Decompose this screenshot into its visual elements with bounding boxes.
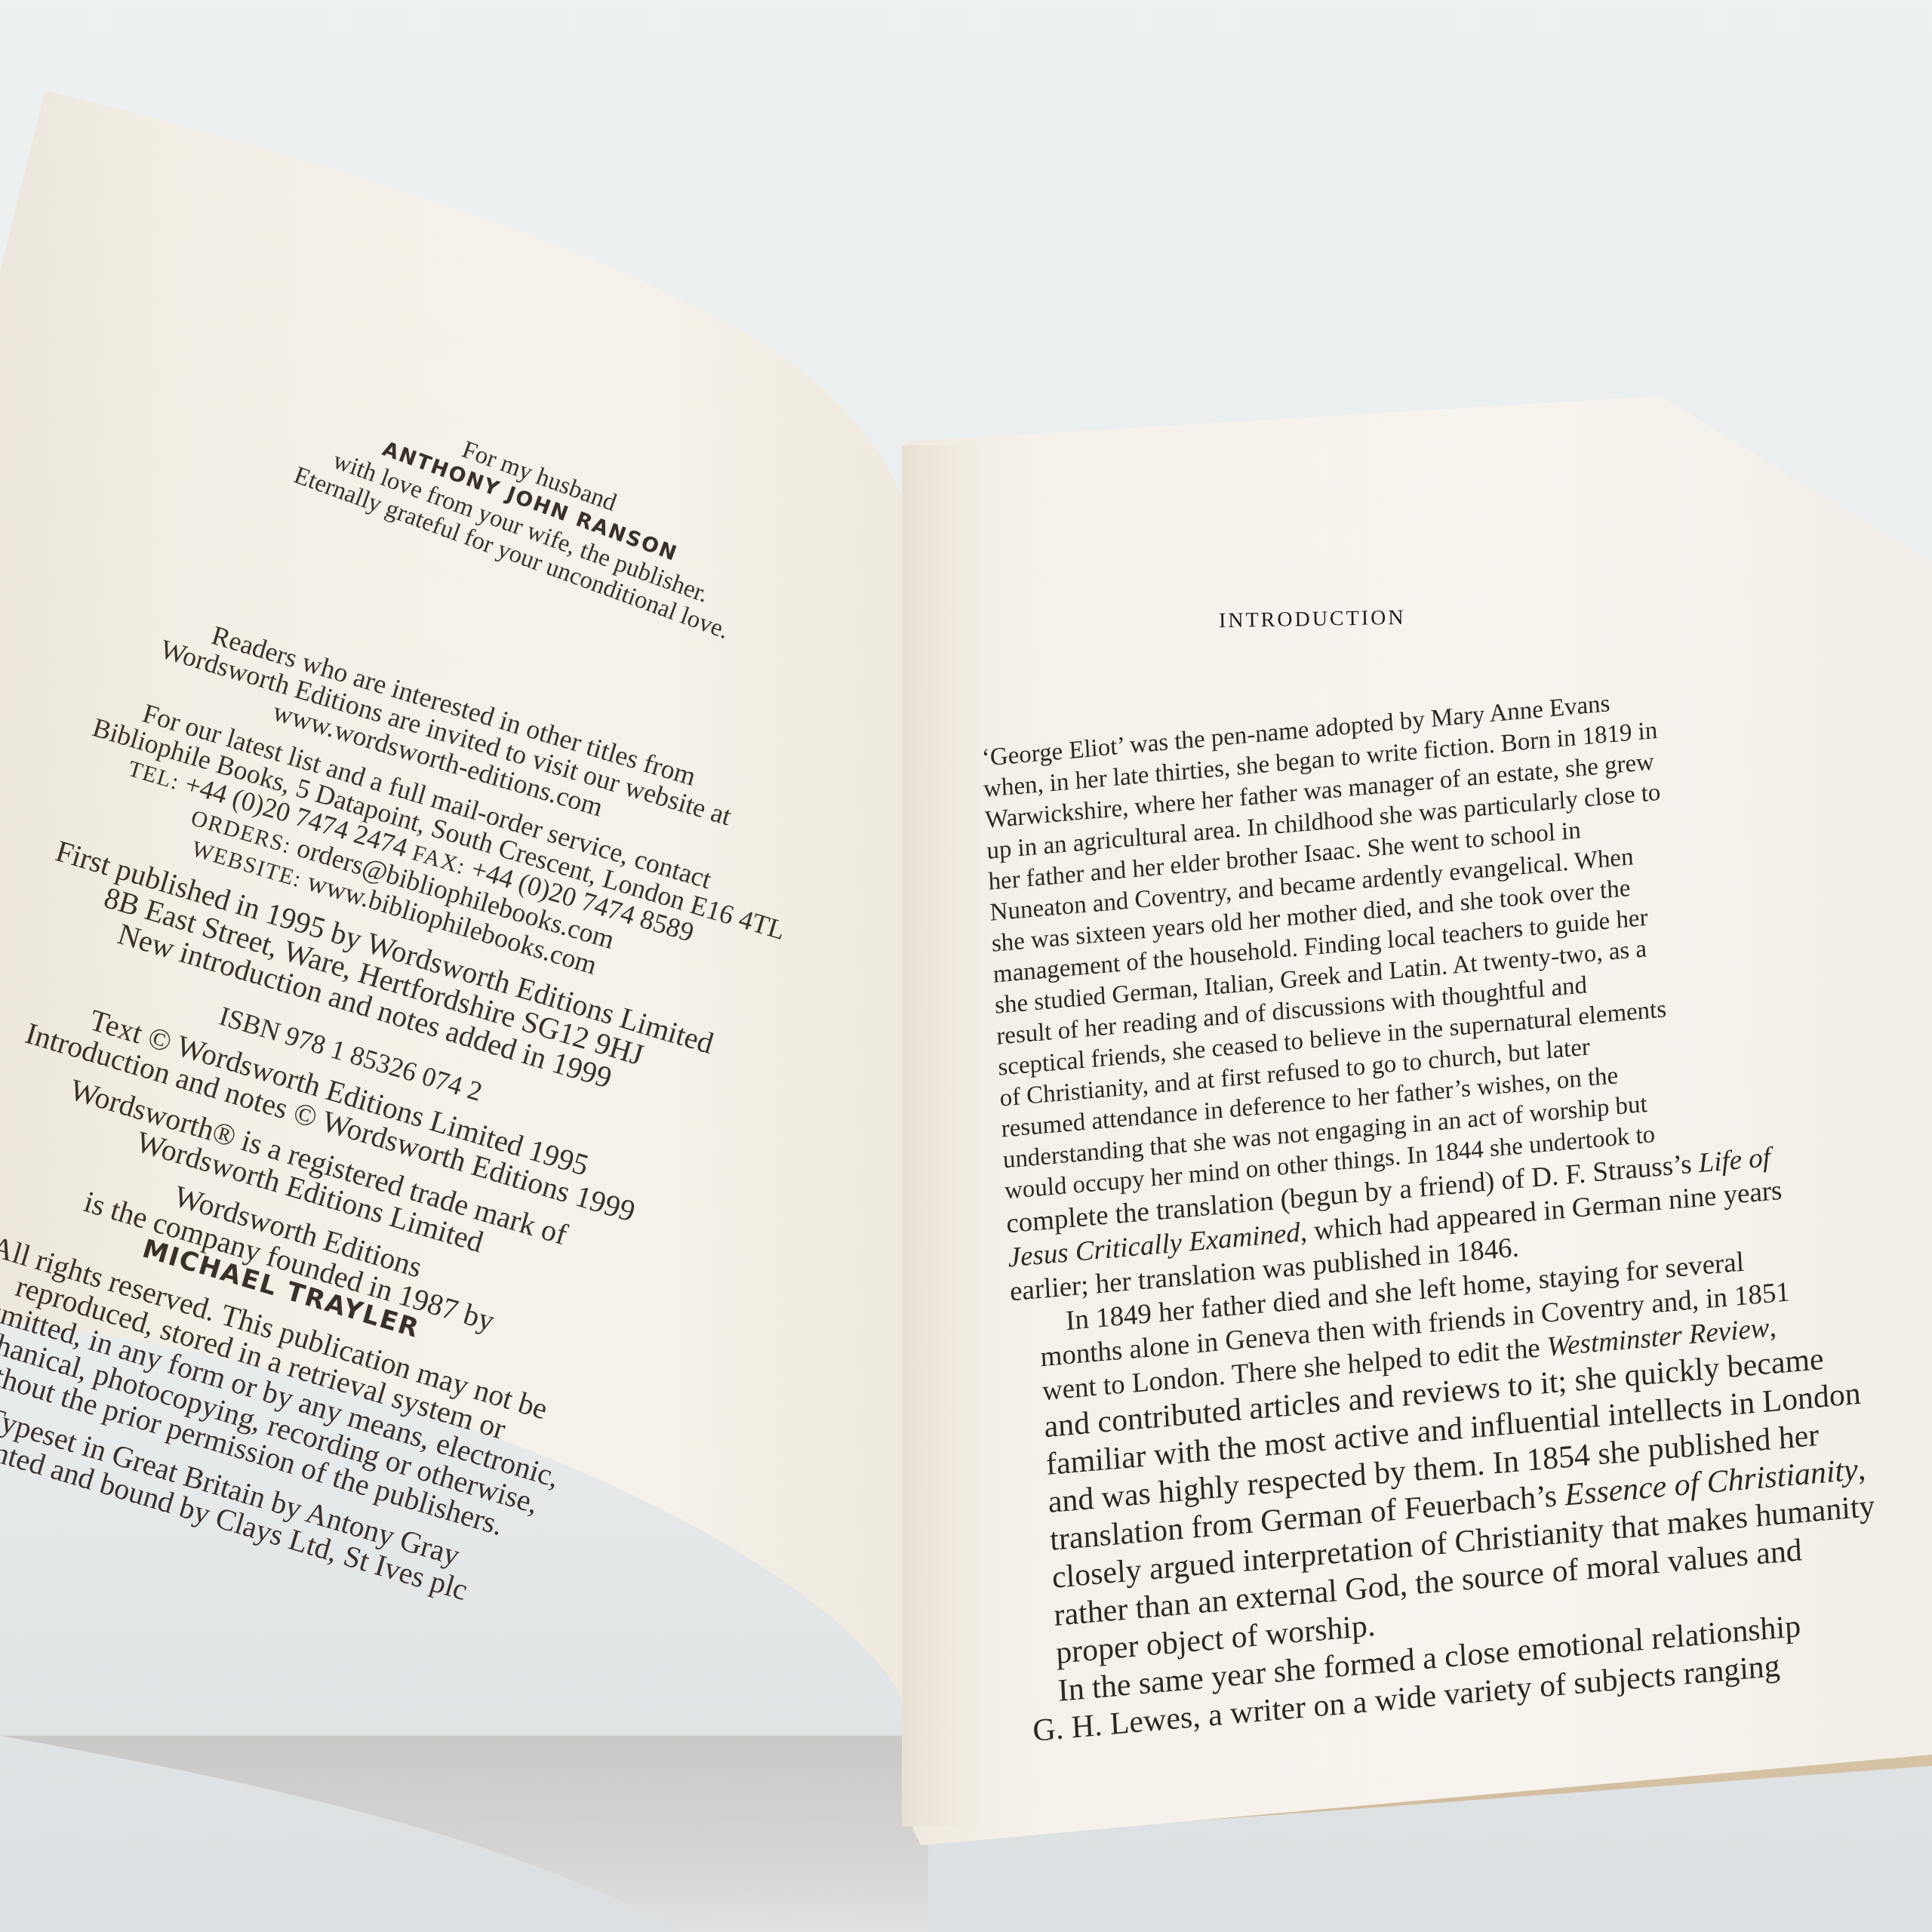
- chapter-heading: INTRODUCTION: [1219, 606, 1406, 633]
- book-title: Life of: [1698, 1142, 1771, 1179]
- book-gutter: [902, 445, 985, 1826]
- introduction-body: ‘George Eliot’ was the pen-name adopted …: [981, 666, 1921, 1750]
- book-shadow: [0, 1736, 928, 1932]
- paragraph-1: ‘George Eliot’ was the pen-name adopted …: [981, 666, 1898, 1309]
- photo-scene: For my husband ANTHONY JOHN RANSON with …: [0, 0, 1932, 1932]
